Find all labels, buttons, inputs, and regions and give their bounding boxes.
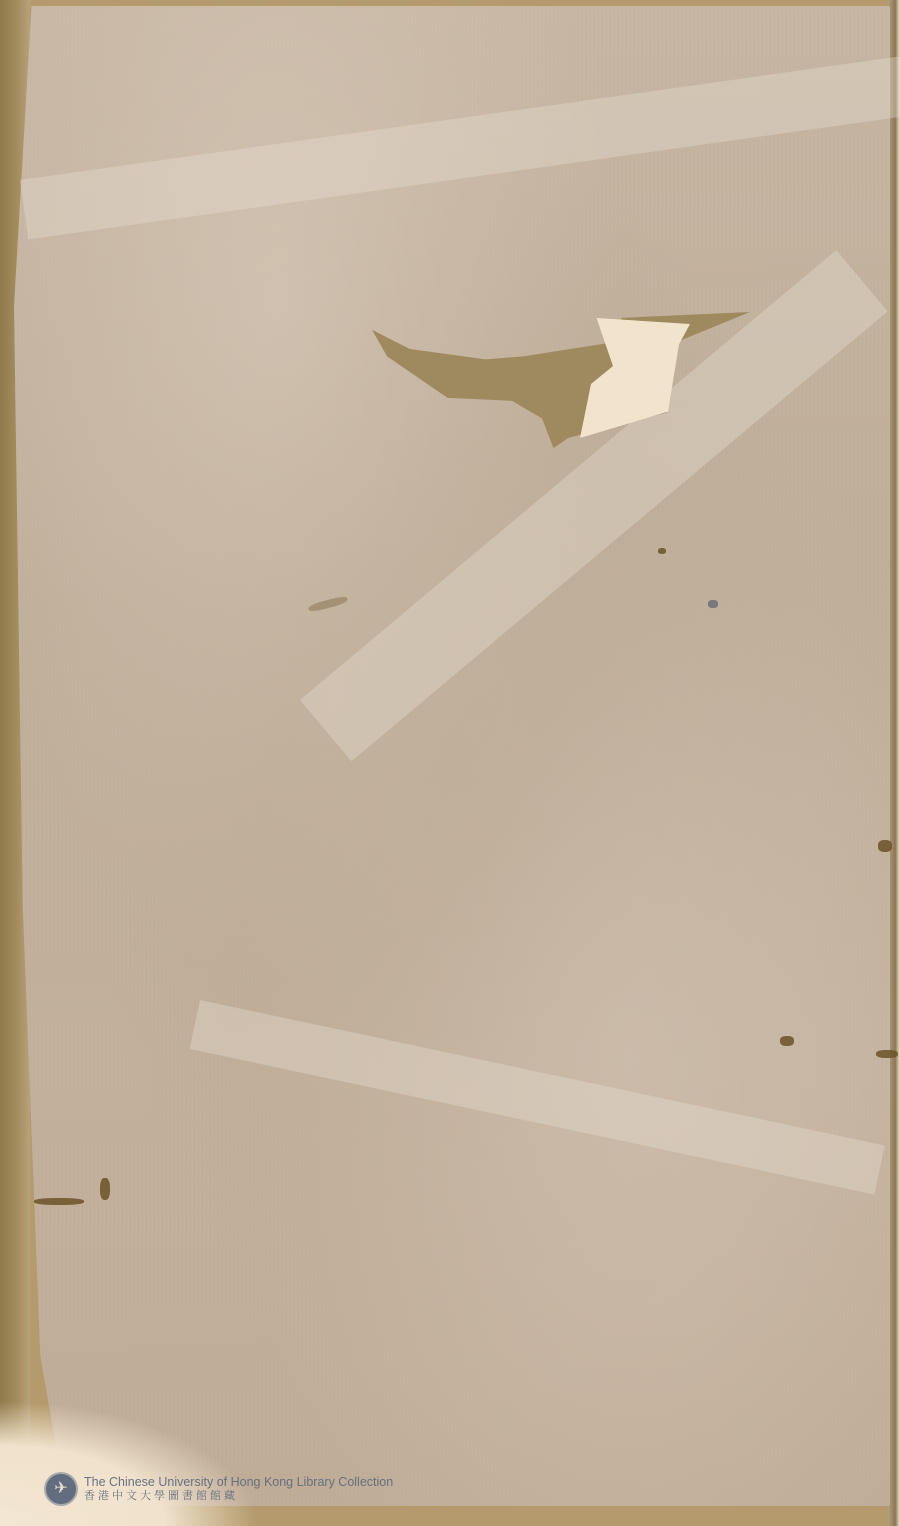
ink-stain — [34, 1198, 84, 1205]
ink-stain — [780, 1036, 794, 1046]
library-watermark: ✈ The Chinese University of Hong Kong Li… — [44, 1472, 393, 1506]
paper-page — [14, 6, 890, 1506]
ink-stain — [876, 1050, 898, 1058]
swallow-bird-icon: ✈ — [44, 1472, 78, 1506]
ink-stain — [878, 840, 892, 852]
watermark-english: The Chinese University of Hong Kong Libr… — [84, 1475, 393, 1489]
scan-corner-background — [0, 1400, 260, 1526]
ink-stain — [100, 1178, 110, 1200]
watermark-chinese: 香港中文大學圖書館館藏 — [84, 1490, 393, 1503]
ink-stain — [658, 548, 666, 554]
ink-stain — [708, 600, 718, 608]
